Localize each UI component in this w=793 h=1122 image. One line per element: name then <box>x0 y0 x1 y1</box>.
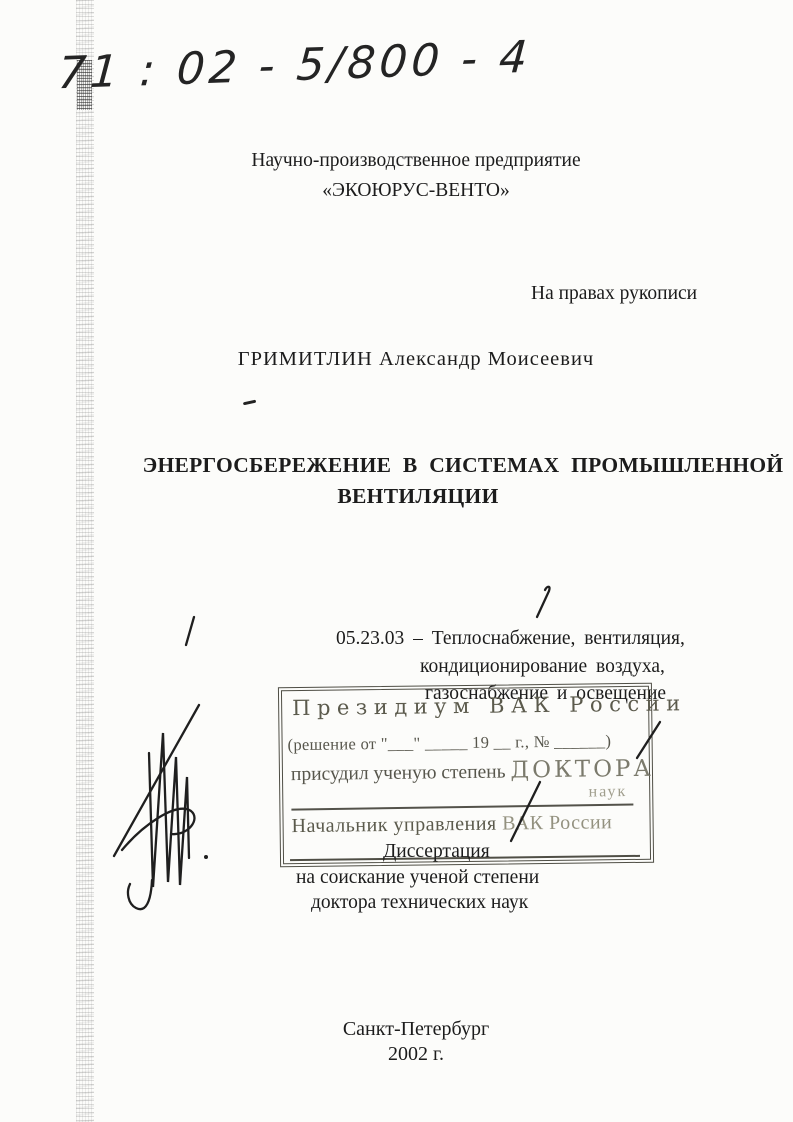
imprint-block: Санкт-Петербург 2002 г. <box>36 1017 793 1067</box>
thesis-word: Диссертация <box>383 841 490 863</box>
year-line: 2002 г. <box>36 1042 793 1067</box>
scanned-title-page: 71 : 02 - 5/800 - 4 Научно-производствен… <box>0 0 793 1122</box>
signature-scribble <box>149 733 189 887</box>
thesis-line3: доктора технических наук <box>311 892 528 914</box>
organization-line1: Научно-производственное предприятие <box>36 146 793 176</box>
author-name: ГРИМИТЛИН Александр Моисеевич <box>36 348 793 371</box>
specialty-line1: 05.23.03 – Теплоснабжение, вентиляция, <box>336 625 685 653</box>
vak-stamp-box: Президиум ВАК России (решение от "___" _… <box>278 683 654 868</box>
pen-slash-mark <box>186 617 194 645</box>
pen-slash-mark <box>537 587 550 617</box>
stamp-official-main: Начальник управления <box>291 813 496 838</box>
stamp-award-prefix: присудил ученую степень <box>291 762 506 786</box>
stamp-nauk-word: наук <box>588 783 627 801</box>
stamp-official-faded: ВАК России <box>502 811 612 834</box>
specialty-line2: кондиционирование воздуха, <box>420 653 685 681</box>
pen-dash-mark <box>243 400 256 405</box>
organization-line2: «ЭКОЮРУС-ВЕНТО» <box>36 176 793 206</box>
manuscript-note: На правах рукописи <box>531 283 697 305</box>
signature-ink-dot <box>204 855 208 859</box>
signature-scribble <box>128 880 152 909</box>
stamp-header: Президиум ВАК России <box>292 691 687 720</box>
dissertation-title: ЭНЕРГОСБЕРЕЖЕНИЕ В СИСТЕМАХ ПРОМЫШЛЕННОЙ… <box>63 450 793 512</box>
title-line2: ВЕНТИЛЯЦИИ <box>18 481 793 512</box>
stamp-official-line: Начальник управления ВАК России <box>291 811 612 838</box>
organization-block: Научно-производственное предприятие «ЭКО… <box>36 146 793 206</box>
stamp-decision-line: (решение от "___" _____ 19 __ г., № ____… <box>288 731 612 755</box>
city-line: Санкт-Петербург <box>36 1017 793 1042</box>
signature-scribble <box>122 809 194 850</box>
thesis-line2: на соискание ученой степени <box>296 867 539 889</box>
stamp-rule-upper <box>291 804 633 811</box>
stamp-degree-word: ДОКТОРА <box>510 756 654 784</box>
title-line1: ЭНЕРГОСБЕРЕЖЕНИЕ В СИСТЕМАХ ПРОМЫШЛЕННОЙ <box>63 450 793 481</box>
stamp-award-line: присудил ученую степень ДОКТОРА <box>291 756 654 786</box>
handwritten-catalog-number: 71 : 02 - 5/800 - 4 <box>56 32 533 100</box>
signature-scribble <box>114 705 199 856</box>
